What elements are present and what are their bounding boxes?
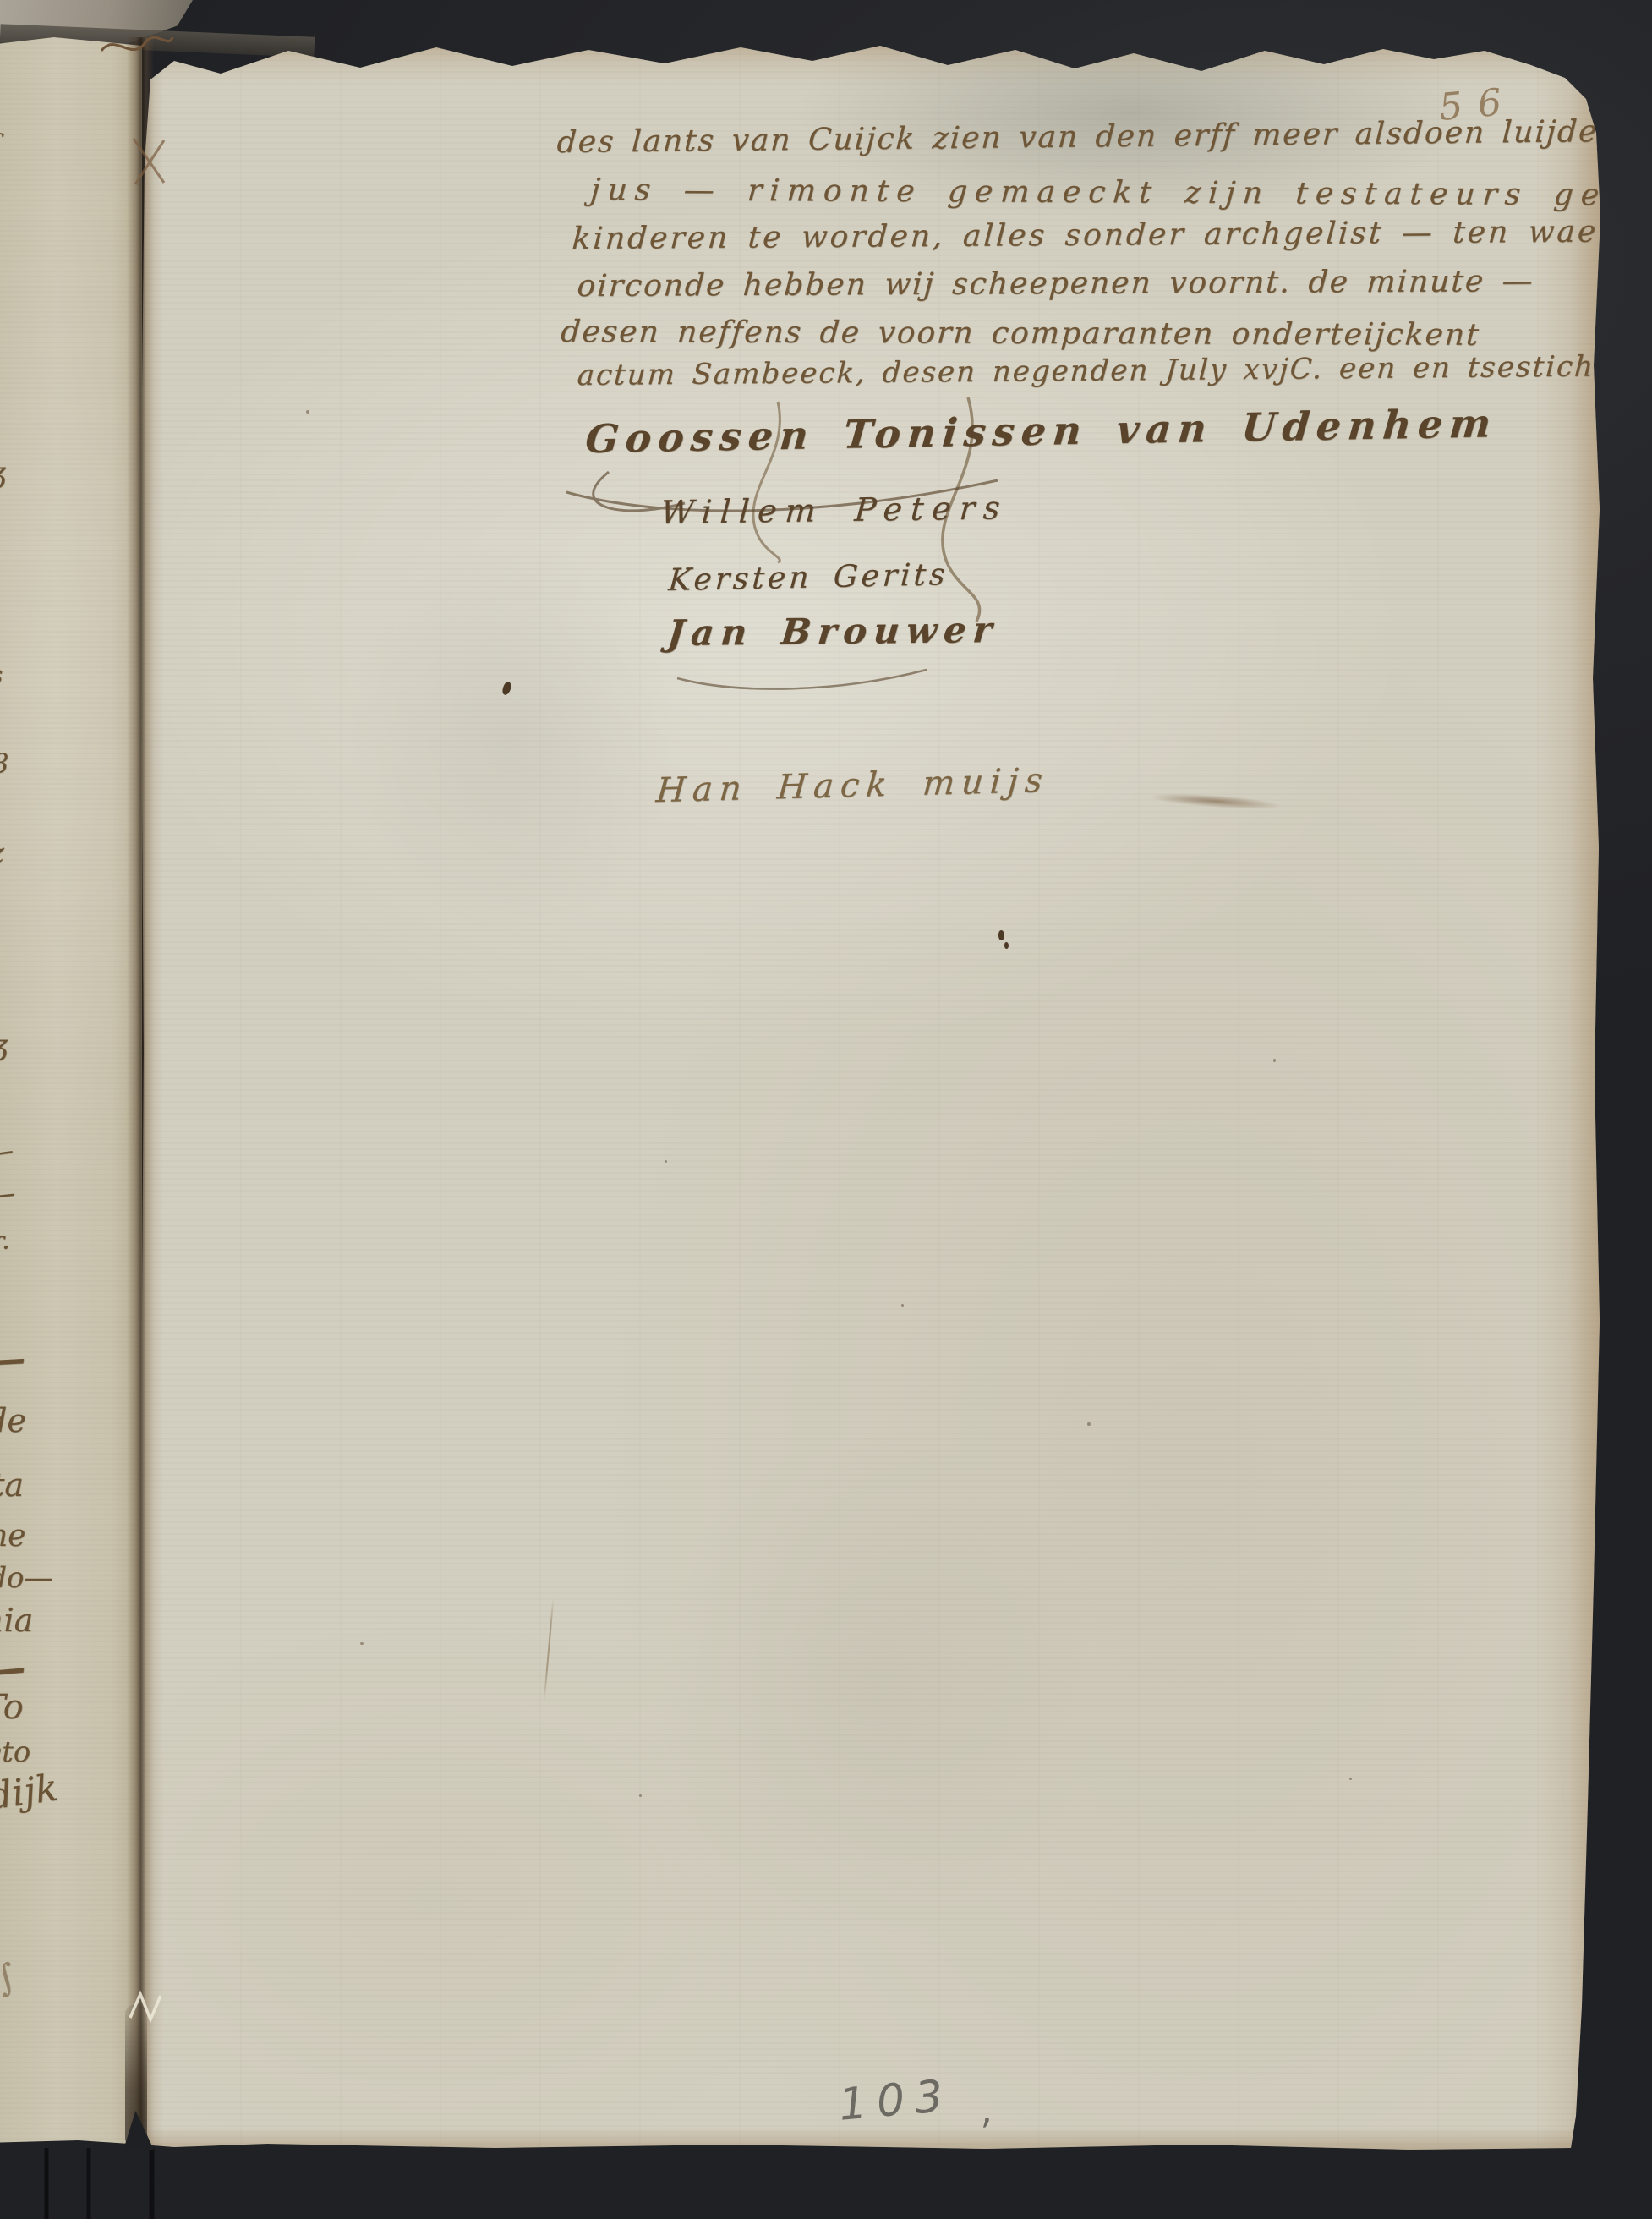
body-line: des lants van Cuijck zien van den erff m…	[556, 113, 1652, 160]
paper-speck	[360, 1642, 364, 1645]
pencil-page-number: 103	[837, 2070, 955, 2131]
binding-stitch	[127, 134, 171, 188]
paper-speck	[1349, 1778, 1352, 1780]
margin-fragment: hia	[0, 1602, 33, 1639]
book-tail-edges	[0, 2148, 389, 2219]
margin-fragment: 8	[0, 748, 8, 780]
margin-fragment: —	[0, 1175, 17, 1214]
margin-fragment: ado—	[0, 1561, 53, 1595]
paper-speck	[901, 1304, 904, 1307]
margin-fragment: —	[0, 1133, 16, 1172]
book-gutter	[127, 37, 154, 2145]
ink-fleck	[1004, 942, 1009, 949]
body-line: jus — rimonte gemaeckt zijn testateurs g…	[589, 173, 1608, 212]
margin-fragment: de	[0, 1402, 26, 1439]
margin-fragment: dijk	[0, 1767, 61, 1819]
torn-edge-tint	[140, 36, 1603, 85]
paper-stain	[580, 1346, 1172, 2023]
margin-fragment: ſ·	[0, 1231, 10, 1263]
margin-fragment: z	[0, 836, 4, 868]
margin-fragment: ʒ	[0, 1028, 8, 1062]
margin-fragment: —	[0, 1335, 26, 1383]
paper-speck	[639, 1794, 642, 1797]
body-line: oirconde hebben wij scheepenen voornt. d…	[576, 264, 1535, 304]
body-line: kinderen te worden, alles sonder archgel…	[571, 214, 1652, 256]
paper-stain	[293, 475, 732, 1000]
margin-fragment: lta	[0, 1466, 24, 1504]
manuscript-page: 56 des lants van Cuijck zien van den erf…	[140, 36, 1603, 2152]
margin-fragment: ʒ	[0, 456, 6, 490]
margin-fragment: ne	[0, 1519, 26, 1553]
ink-smudge	[1146, 790, 1286, 812]
margin-fragment: eto	[0, 1735, 30, 1769]
paper-speck	[665, 1160, 667, 1163]
binding-thread	[125, 1984, 172, 2031]
body-line: actum Sambeeck, desen negenden July xvjC…	[577, 349, 1596, 392]
binding-stitch	[98, 25, 176, 66]
margin-fragment: ∫	[0, 1955, 21, 2000]
paper-speck	[306, 410, 309, 414]
margin-fragment: —	[0, 1644, 27, 1693]
paper-speck	[1273, 1059, 1276, 1062]
signature-flourish	[673, 661, 935, 699]
signature: Willem Peters	[659, 489, 1009, 531]
signature: Goossen Tonissen van Udenhem	[583, 400, 1499, 462]
body-line: desen neffens de voorn comparanten onder…	[560, 315, 1481, 353]
pencil-mark: ,	[978, 2088, 996, 2132]
manuscript-scan: ʃ ʒ s 8 z ) ʒ — — ſ· — de lta ne ado— hi…	[0, 0, 1652, 2219]
ink-fleck	[998, 930, 1004, 940]
facing-page-edge: ʃ ʒ s 8 z ) ʒ — — ſ· — de lta ne ado— hi…	[0, 37, 142, 2145]
margin-fragment: To	[0, 1688, 24, 1727]
paper-scratch	[544, 1598, 555, 1701]
paper-speck	[1087, 1422, 1091, 1426]
signature: Jan Brouwer	[665, 609, 1000, 654]
margin-fragment: s	[0, 660, 3, 690]
signature: Kersten Gerits	[667, 557, 949, 598]
margin-fragment: ʃ	[0, 129, 1, 159]
